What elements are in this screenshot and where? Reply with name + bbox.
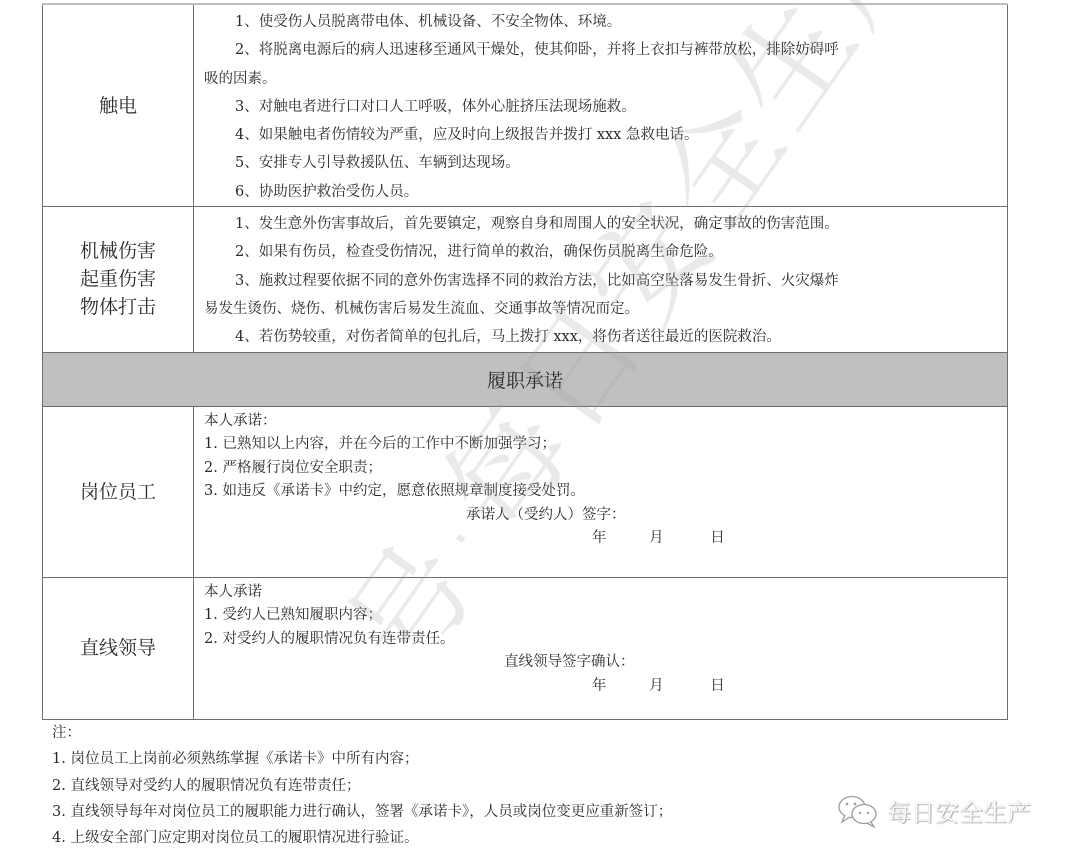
promise-item: 1. 受约人已熟知履职内容； [204, 604, 999, 628]
promise-item: 3. 如违反《承诺卡》中约定，愿意依照规章制度接受处罚。 [204, 480, 999, 504]
commitment-header: 履职承诺 [43, 352, 1008, 406]
step-line: 4、若伤势较重，对伤者简单的包扎后，马上拨打 xxx，将伤者送往最近的医院救治。 [204, 323, 999, 351]
date-month: 月 [649, 527, 664, 551]
step-line: 3、对触电者进行口对口人工呼吸，体外心脏挤压法现场施救。 [204, 93, 999, 121]
label-mechanical-injury: 机械伤害 起重伤害 物体打击 [43, 207, 194, 352]
label-line: 起重伤害 [43, 265, 193, 293]
date-month: 月 [649, 675, 664, 699]
notes-section: 注： 1. 岗位员工上岗前必须熟练掌握《承诺卡》中所有内容； 2. 直线领导对受… [52, 720, 672, 851]
responsibility-table: 触电 1、使受伤人员脱离带电体、机械设备、不安全物体、环境。 2、将脱离电源后的… [42, 3, 1008, 720]
promise-item: 1. 已熟知以上内容，并在今后的工作中不断加强学习； [204, 433, 999, 457]
brand-name: 每日安全生产 [887, 793, 1031, 828]
date-year: 年 [592, 527, 607, 551]
step-line: 2、将脱离电源后的病人迅速移至通风干燥处，使其仰卧，并将上衣扣与裤带放松，排除妨… [204, 36, 999, 64]
step-line: 5、安排专人引导救援队伍、车辆到达现场。 [204, 149, 999, 177]
step-line-continued: 易发生烫伤、烧伤、机械伤害后易发生流血、交通事故等情况而定。 [204, 295, 999, 323]
commitment-card-document: 触电 1、使受伤人员脱离带电体、机械设备、不安全物体、环境。 2、将脱离电源后的… [0, 0, 1080, 861]
step-line: 1、使受伤人员脱离带电体、机械设备、不安全物体、环境。 [204, 8, 999, 36]
row-supervisor: 直线领导 本人承诺 1. 受约人已熟知履职内容； 2. 对受约人的履职情况负有连… [43, 577, 1008, 719]
promise-intro: 本人承诺： [204, 410, 999, 434]
promise-intro: 本人承诺 [204, 581, 999, 605]
label-line: 物体打击 [43, 293, 193, 321]
label-electric-shock: 触电 [43, 4, 194, 207]
row-employee: 岗位员工 本人承诺： 1. 已熟知以上内容，并在今后的工作中不断加强学习； 2.… [43, 406, 1008, 577]
content-electric-shock: 1、使受伤人员脱离带电体、机械设备、不安全物体、环境。 2、将脱离电源后的病人迅… [194, 4, 1008, 207]
note-item: 3. 直线领导每年对岗位员工的履职能力进行确认，签署《承诺卡》，人员或岗位变更应… [52, 799, 672, 825]
row-mechanical-injury: 机械伤害 起重伤害 物体打击 1、发生意外伤害事故后，首先要镇定，观察自身和周围… [43, 207, 1008, 352]
label-line: 机械伤害 [43, 237, 193, 265]
label-supervisor: 直线领导 [43, 577, 194, 719]
note-item: 2. 直线领导对受约人的履职情况负有连带责任； [52, 773, 672, 799]
content-mechanical-injury: 1、发生意外伤害事故后，首先要镇定，观察自身和周围人的安全状况，确定事故的伤害范… [194, 207, 1008, 352]
step-line: 6、协助医护救治受伤人员。 [204, 178, 999, 206]
date-day: 日 [710, 675, 725, 699]
content-supervisor: 本人承诺 1. 受约人已熟知履职内容； 2. 对受约人的履职情况负有连带责任。 … [194, 577, 1008, 719]
note-item: 4. 上级安全部门应定期对岗位员工的履职情况进行验证。 [52, 825, 672, 851]
brand-watermark: 每日安全生产 [837, 793, 1031, 828]
row-commitment-header: 履职承诺 [43, 352, 1008, 406]
notes-title: 注： [52, 720, 672, 746]
date-year: 年 [592, 675, 607, 699]
step-line: 1、发生意外伤害事故后，首先要镇定，观察自身和周围人的安全状况，确定事故的伤害范… [204, 210, 999, 238]
date-field-employee[interactable]: 年 月 日 [204, 527, 999, 551]
signature-field-employee[interactable]: 承诺人（受约人）签字： [204, 504, 999, 528]
step-line: 4、如果触电者伤情较为严重，应及时向上级报告并拨打 xxx 急救电话。 [204, 121, 999, 149]
date-field-supervisor[interactable]: 年 月 日 [204, 675, 999, 699]
step-line-continued: 吸的因素。 [204, 65, 999, 93]
note-item: 1. 岗位员工上岗前必须熟练掌握《承诺卡》中所有内容； [52, 746, 672, 772]
label-employee: 岗位员工 [43, 406, 194, 577]
row-electric-shock: 触电 1、使受伤人员脱离带电体、机械设备、不安全物体、环境。 2、将脱离电源后的… [43, 4, 1008, 207]
date-day: 日 [710, 527, 725, 551]
step-line: 2、如果有伤员，检查受伤情况，进行简单的救治，确保伤员脱离生命危险。 [204, 238, 999, 266]
promise-item: 2. 对受约人的履职情况负有连带责任。 [204, 628, 999, 652]
wechat-icon [837, 794, 881, 828]
step-line: 3、施救过程要依据不同的意外伤害选择不同的救治方法，比如高空坠落易发生骨折、火灾… [204, 267, 999, 295]
promise-item: 2. 严格履行岗位安全职责； [204, 457, 999, 481]
content-employee: 本人承诺： 1. 已熟知以上内容，并在今后的工作中不断加强学习； 2. 严格履行… [194, 406, 1008, 577]
signature-field-supervisor[interactable]: 直线领导签字确认： [204, 651, 999, 675]
